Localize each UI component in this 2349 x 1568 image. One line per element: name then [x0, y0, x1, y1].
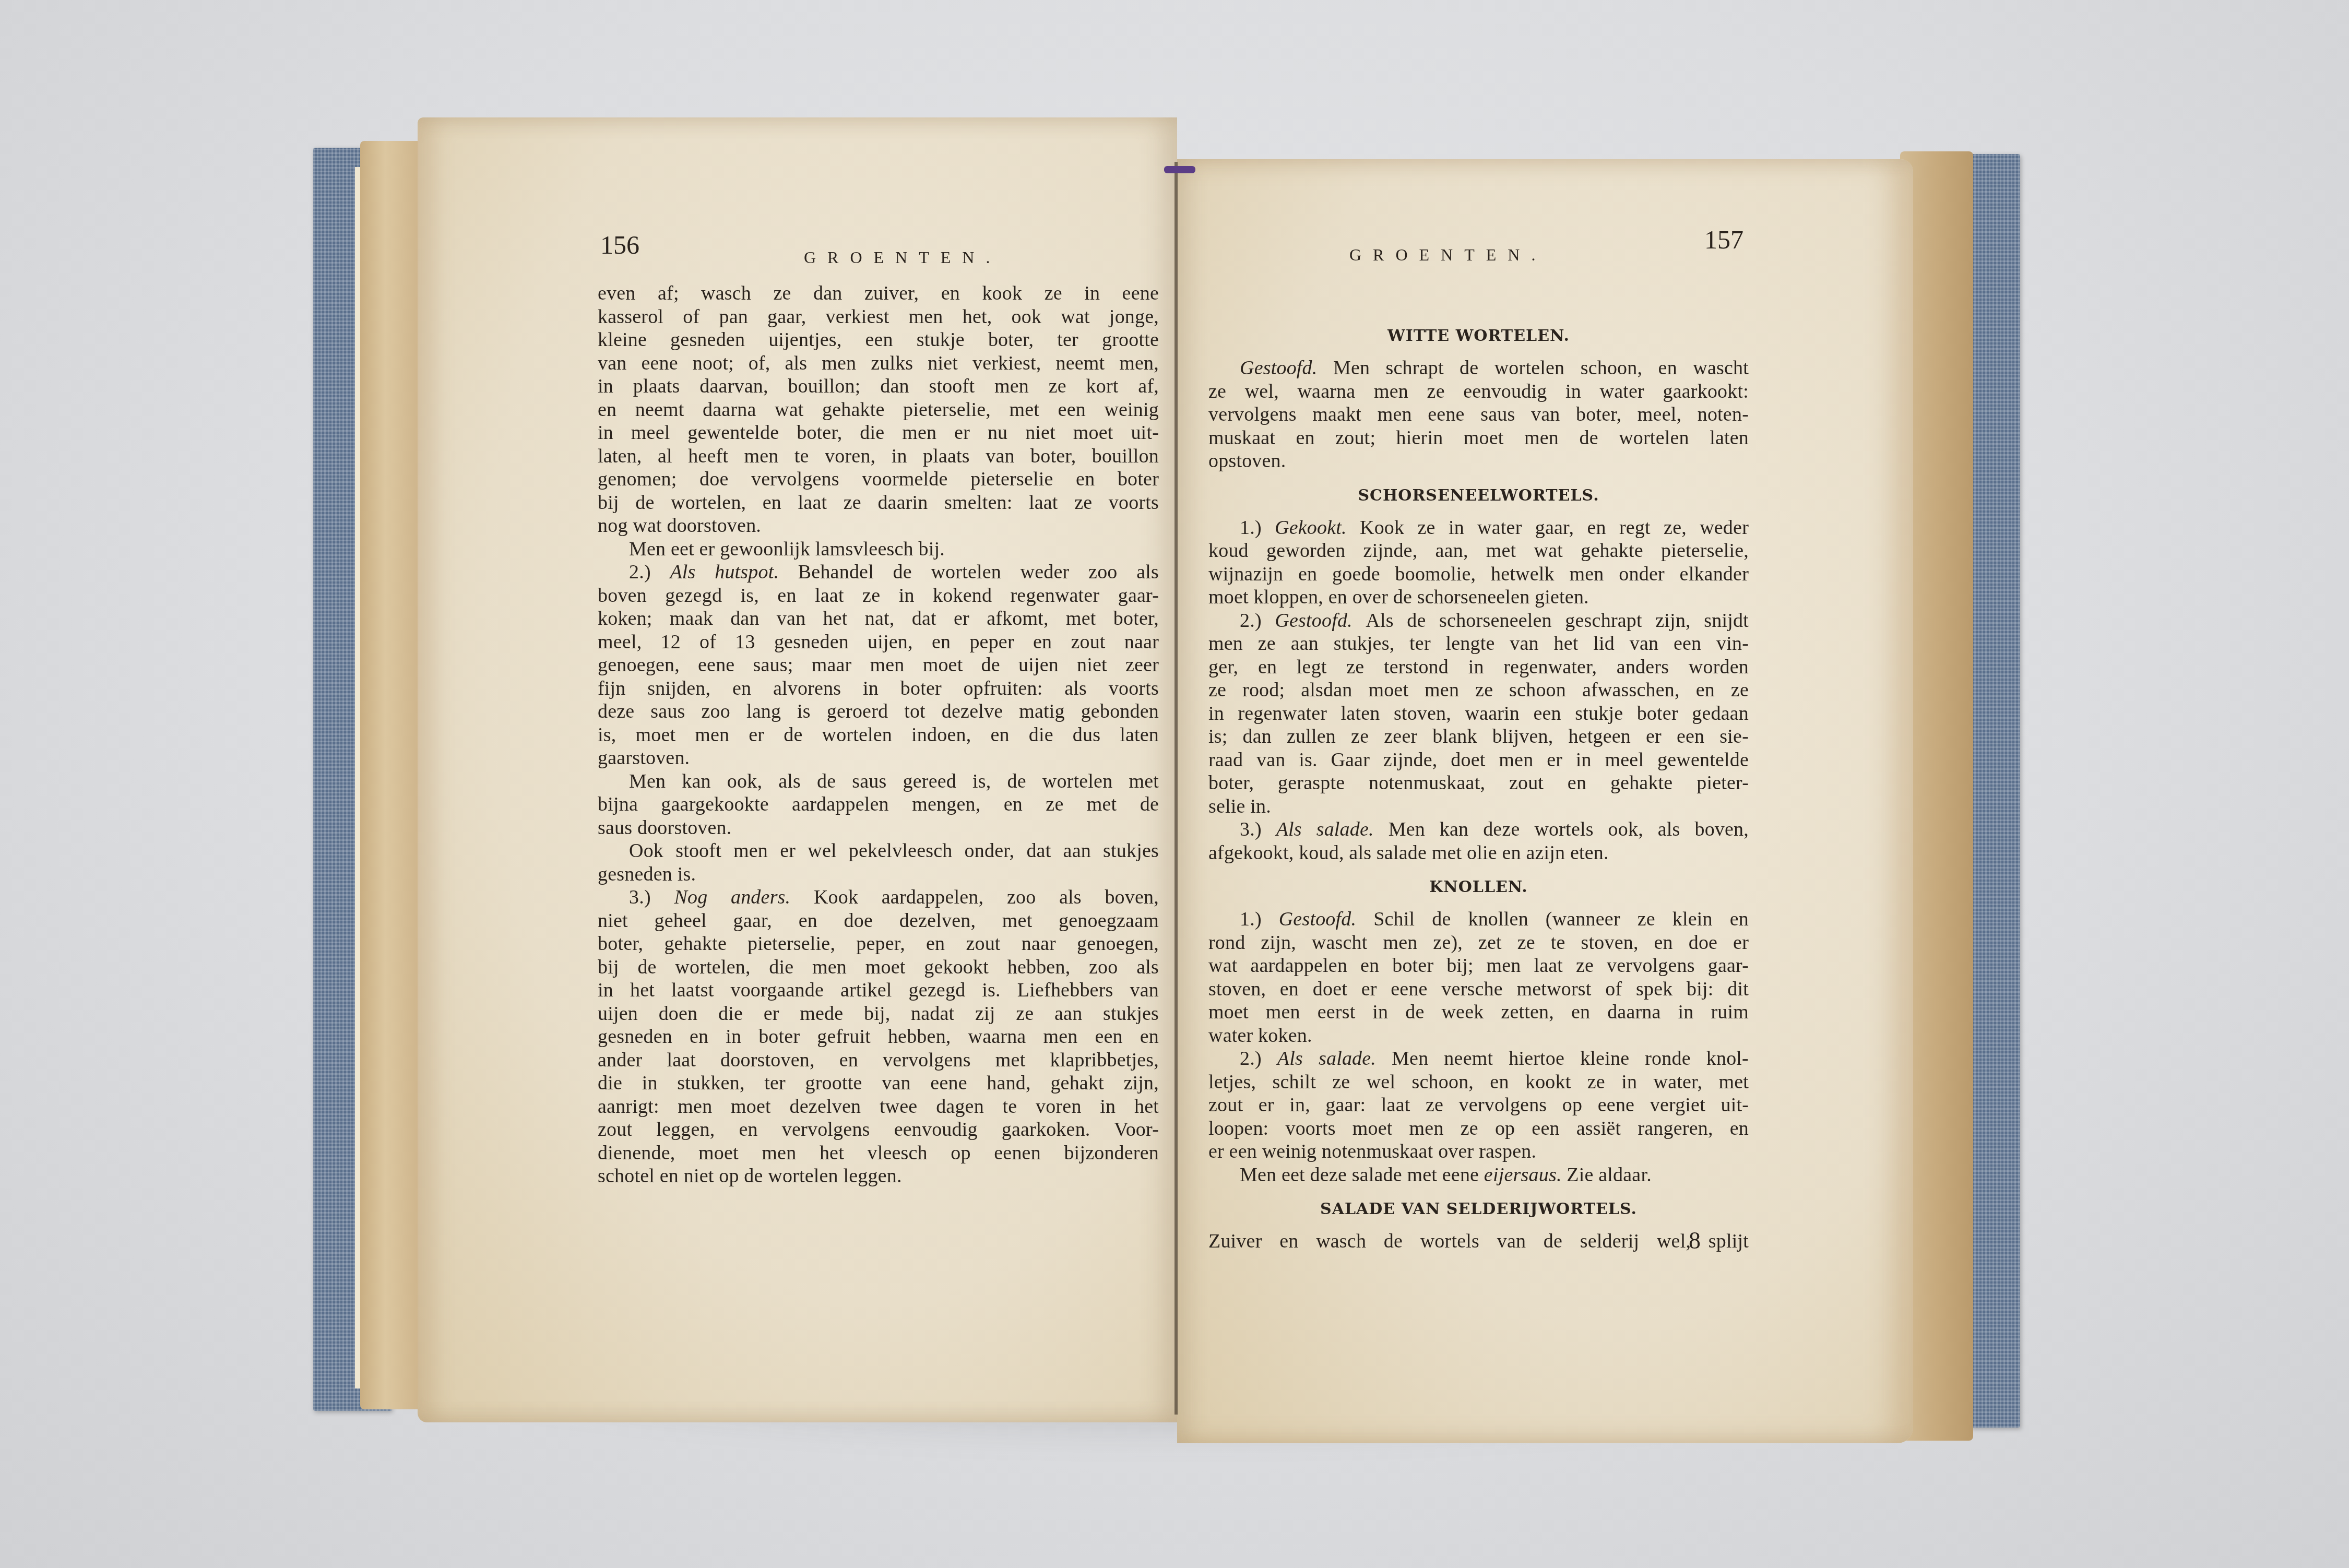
left-running-head: GROENTEN. [804, 248, 1001, 267]
text-line: muskaat en zout; hierin moet men de wort… [1208, 426, 1749, 450]
line-text: Behandel de wortelen weder zoo als [798, 561, 1159, 583]
text-line: ze wel, waarna men ze eenvoudig in water… [1208, 380, 1749, 403]
line-text: Men eet deze salade met eene [1240, 1164, 1479, 1186]
text-line: wat aardappelen en boter bij; men laat z… [1208, 954, 1749, 978]
text-line: meel, 12 of 13 gesneden uijen, en peper … [598, 631, 1159, 654]
text-line: afgekookt, koud, als salade met olie en … [1208, 841, 1749, 865]
line-text: vervolgens maakt men eene saus van boter… [1208, 403, 1749, 425]
line-text: ander laat doorstoven, en vervolgens met… [598, 1049, 1159, 1071]
line-text: Schil de knollen (wanneer ze klein en [1373, 908, 1749, 930]
text-line: 3.) Als salade. Men kan deze wortels ook… [1208, 818, 1749, 841]
text-line: laten, al heeft men te voren, in plaats … [598, 445, 1159, 468]
line-tail: Zie aldaar. [1567, 1164, 1652, 1186]
line-text: er een weinig notenmuskaat over raspen. [1208, 1141, 1536, 1162]
line-text: nog wat doorstoven. [598, 515, 761, 537]
text-line: ger, en legt ze terstond in regenwater, … [1208, 656, 1749, 679]
line-text: water koken. [1208, 1025, 1312, 1047]
left-page-text: even af; wasch ze dan zuiver, en kook ze… [598, 282, 1159, 1188]
text-line: selie in. [1208, 795, 1749, 818]
line-text: is; dan zullen ze zeer blank blijven, he… [1208, 726, 1749, 747]
text-line: dienende, moet men het vleesch op eenen … [598, 1142, 1159, 1165]
text-line: moet men eerst in de week zetten, en daa… [1208, 1001, 1749, 1024]
text-line: aanrigt: men moet dezelven twee dagen te… [598, 1095, 1159, 1119]
line-text: gesneden is. [598, 863, 696, 885]
text-line: 3.) Nog anders. Kook aardappelen, zoo al… [598, 886, 1159, 909]
text-line: gesneden is. [598, 863, 1159, 886]
line-text: letjes, schilt ze wel schoon, en kookt z… [1208, 1071, 1749, 1093]
text-line: boven gezegd is, en laat ze in kokend re… [598, 584, 1159, 608]
text-line: koud geworden zijnde, aan, met wat gehak… [1208, 539, 1749, 563]
text-line: Men kan ook, als de saus gereed is, de w… [598, 770, 1159, 793]
line-text: in meel gewentelde boter, die men er nu … [598, 422, 1159, 444]
text-line: moet kloppen, en over de schorseneelen g… [1208, 586, 1749, 609]
text-line: boter, gehakte pieterselie, peper, en zo… [598, 932, 1159, 956]
section-heading: SCHORSENEELWORTELS. [1208, 486, 1749, 505]
line-text: Zuiver en wasch de wortels van de selder… [1208, 1230, 1749, 1252]
text-line: 2.) Als hutspot. Behandel de wortelen we… [598, 561, 1159, 584]
text-line: ander laat doorstoven, en vervolgens met… [598, 1049, 1159, 1072]
section-heading: WITTE WORTELEN. [1208, 327, 1749, 345]
line-text: zout er in, gaar: laat ze vervolgens op … [1208, 1094, 1749, 1116]
text-line: stoven, en doet er eene versche metworst… [1208, 978, 1749, 1001]
line-text: laten, al heeft men te voren, in plaats … [598, 445, 1159, 467]
recipe-variant: Gekookt. [1275, 517, 1360, 539]
text-line: fijn snijden, en alvorens in boter opfru… [598, 677, 1159, 700]
text-line: is, moet men er de wortelen indoen, en d… [598, 723, 1159, 747]
text-line: gaarstoven. [598, 746, 1159, 770]
text-line: en neemt daarna wat gehakte pieterselie,… [598, 398, 1159, 422]
line-text: bij de wortelen, en laat ze daarin smelt… [598, 492, 1159, 514]
text-line: water koken. [1208, 1024, 1749, 1048]
line-text: niet geheel gaar, en doe dezelven, met g… [598, 910, 1159, 932]
right-running-head: GROENTEN. [1349, 245, 1547, 265]
line-text: dienende, moet men het vleesch op eenen … [598, 1142, 1159, 1164]
line-text: Als de schorseneelen geschrapt zijn, sni… [1366, 610, 1749, 632]
text-line: uijen doen die er mede bij, nadat zij ze… [598, 1002, 1159, 1026]
text-line: er een weinig notenmuskaat over raspen. [1208, 1140, 1749, 1163]
right-page-number: 157 [1704, 224, 1743, 255]
text-line: raad van is. Gaar zijnde, doet men er in… [1208, 749, 1749, 772]
line-text: ze wel, waarna men ze eenvoudig in water… [1208, 381, 1749, 402]
text-line: 1.) Gekookt. Kook ze in water gaar, en r… [1208, 516, 1749, 540]
recipe-variant: Gestoofd. [1275, 610, 1366, 632]
line-text: gesneden en in boter gefruit hebben, waa… [598, 1026, 1159, 1048]
line-text: genomen; doe vervolgens voormelde pieter… [598, 468, 1159, 490]
text-line: in plaats daarvan, bouillon; dan stooft … [598, 375, 1159, 398]
line-text: even af; wasch ze dan zuiver, en kook ze… [598, 282, 1159, 304]
line-text: kasserol of pan gaar, verkiest men het, … [598, 306, 1159, 328]
text-line: in het laatst voorgaande artikel gezegd … [598, 979, 1159, 1002]
line-text: genoegen, eene saus; maar men moet de ui… [598, 654, 1159, 676]
line-text: kleine gesneden uijentjes, een stukje bo… [598, 329, 1159, 351]
line-text: koud geworden zijnde, aan, met wat gehak… [1208, 540, 1749, 562]
text-line: kasserol of pan gaar, verkiest men het, … [598, 305, 1159, 329]
text-line: loopen: voorts moet men ze op een assiët… [1208, 1117, 1749, 1141]
line-text: boven gezegd is, en laat ze in kokend re… [598, 585, 1159, 607]
line-text: aanrigt: men moet dezelven twee dagen te… [598, 1096, 1159, 1118]
text-line: is; dan zullen ze zeer blank blijven, he… [1208, 725, 1749, 749]
text-line: opstoven. [1208, 449, 1749, 473]
text-line: deze saus zoo lang is geroerd tot dezelv… [598, 700, 1159, 723]
text-line: schotel en niet op de wortelen leggen. [598, 1165, 1159, 1188]
book-gutter [1174, 162, 1178, 1415]
line-text: Men neemt hiertoe kleine ronde knol- [1392, 1048, 1749, 1070]
line-text: deze saus zoo lang is geroerd tot dezelv… [598, 700, 1159, 722]
line-text: muskaat en zout; hierin moet men de wort… [1208, 427, 1749, 449]
recipe-variant: Nog anders. [674, 886, 814, 908]
line-text: selie in. [1208, 795, 1271, 817]
line-text: opstoven. [1208, 450, 1286, 472]
text-line: even af; wasch ze dan zuiver, en kook ze… [598, 282, 1159, 305]
line-text: uijen doen die er mede bij, nadat zij ze… [598, 1003, 1159, 1025]
text-line: 2.) Als salade. Men neemt hiertoe kleine… [1208, 1047, 1749, 1071]
line-text: Men eet er gewoonlijk lamsvleesch bij. [629, 538, 945, 560]
text-line: vervolgens maakt men eene saus van boter… [1208, 403, 1749, 426]
line-text: men ze aan stukjes, ter lengte van het l… [1208, 633, 1749, 655]
text-line: genoegen, eene saus; maar men moet de ui… [598, 654, 1159, 677]
text-line: bij de wortelen, die men moet gekookt he… [598, 956, 1159, 979]
line-text: is, moet men er de wortelen indoen, en d… [598, 724, 1159, 746]
line-text: meel, 12 of 13 gesneden uijen, en peper … [598, 631, 1159, 653]
recipe-variant: Gestoofd. [1279, 908, 1373, 930]
text-line: men ze aan stukjes, ter lengte van het l… [1208, 632, 1749, 656]
line-text: wijnazijn en goede boomolie, hetwelk men… [1208, 563, 1749, 585]
line-text: gaarstoven. [598, 747, 690, 769]
recipe-variant: Als salade. [1277, 1048, 1392, 1070]
text-line: Men eet er gewoonlijk lamsvleesch bij. [598, 538, 1159, 561]
text-line: boter, geraspte notenmuskaat, zout en ge… [1208, 771, 1749, 795]
line-text: bij de wortelen, die men moet gekookt he… [598, 956, 1159, 978]
line-text: wat aardappelen en boter bij; men laat z… [1208, 955, 1749, 977]
text-line: wijnazijn en goede boomolie, hetwelk men… [1208, 563, 1749, 586]
text-line: Ook stooft men er wel pekelvleesch onder… [598, 839, 1159, 863]
left-page-number: 156 [600, 230, 639, 260]
line-text: boter, geraspte notenmuskaat, zout en ge… [1208, 772, 1749, 794]
line-text: Kook ze in water gaar, en regt ze, weder [1360, 517, 1749, 539]
line-text: Kook aardappelen, zoo als boven, [814, 886, 1159, 908]
text-line: niet geheel gaar, en doe dezelven, met g… [598, 909, 1159, 933]
text-line: Zuiver en wasch de wortels van de selder… [1208, 1230, 1749, 1253]
text-line: gesneden en in boter gefruit hebben, waa… [598, 1025, 1159, 1049]
text-line: koken; maak dan van het nat, dat er afko… [598, 607, 1159, 631]
text-line: zout leggen, en vervolgens eenvoudig gaa… [598, 1118, 1159, 1142]
line-text: loopen: voorts moet men ze op een assiët… [1208, 1118, 1749, 1139]
section-heading: KNOLLEN. [1208, 878, 1749, 896]
line-text: stoven, en doet er eene versche metworst… [1208, 978, 1749, 1000]
line-text: fijn snijden, en alvorens in boter opfru… [598, 678, 1159, 699]
text-line: zout er in, gaar: laat ze vervolgens op … [1208, 1094, 1749, 1117]
line-text: moet men eerst in de week zetten, en daa… [1208, 1001, 1749, 1023]
text-line: van eene noot; of, als men zulks niet ve… [598, 352, 1159, 375]
text-line: 1.) Gestoofd. Schil de knollen (wanneer … [1208, 908, 1749, 931]
item-number: 2.) [1240, 610, 1275, 632]
line-text: in regenwater laten stoven, waarin een s… [1208, 703, 1749, 724]
line-text: Men schrapt de wortelen schoon, en wasch… [1333, 357, 1749, 379]
text-line: ze rood; alsdan moet men ze schoon afwas… [1208, 679, 1749, 702]
item-number: 1.) [1240, 908, 1279, 930]
item-number: 3.) [629, 886, 674, 908]
recipe-variant: Als salade. [1276, 818, 1389, 840]
item-number: 2.) [629, 561, 670, 583]
line-text: rond zijn, wascht men ze), zet ze te sto… [1208, 932, 1749, 954]
page-block-left [360, 141, 423, 1409]
line-text: en neemt daarna wat gehakte pieterselie,… [598, 399, 1159, 421]
line-text: ze rood; alsdan moet men ze schoon afwas… [1208, 679, 1749, 701]
line-text: koken; maak dan van het nat, dat er afko… [598, 608, 1159, 629]
line-text: boter, gehakte pieterselie, peper, en zo… [598, 933, 1159, 955]
book-cover-right [1971, 154, 2020, 1428]
text-line: rond zijn, wascht men ze), zet ze te sto… [1208, 931, 1749, 955]
item-number: 3.) [1240, 818, 1276, 840]
text-line: kleine gesneden uijentjes, een stukje bo… [598, 328, 1159, 352]
line-text: raad van is. Gaar zijnde, doet men er in… [1208, 749, 1749, 771]
line-text: bijna gaargekookte aardappelen mengen, e… [598, 793, 1159, 815]
text-line: die in stukken, ter grootte van eene han… [598, 1072, 1159, 1095]
line-text: ger, en legt ze terstond in regenwater, … [1208, 656, 1749, 678]
text-line: nog wat doorstoven. [598, 514, 1159, 538]
line-text: die in stukken, ter grootte van eene han… [598, 1072, 1159, 1094]
text-line: 2.) Gestoofd. Als de schorseneelen gesch… [1208, 609, 1749, 633]
line-text: in plaats daarvan, bouillon; dan stooft … [598, 375, 1159, 397]
text-line: in meel gewentelde boter, die men er nu … [598, 421, 1159, 445]
text-line: bijna gaargekookte aardappelen mengen, e… [598, 793, 1159, 816]
section-heading: SALADE VAN SELDERIJWORTELS. [1208, 1200, 1749, 1218]
line-text: zout leggen, en vervolgens eenvoudig gaa… [598, 1119, 1159, 1141]
cross-reference: eijersaus. [1479, 1164, 1567, 1186]
recipe-variant: Als hutspot. [670, 561, 798, 583]
line-text: Men kan deze wortels ook, als boven, [1389, 818, 1749, 840]
recipe-variant: Gestoofd. [1240, 357, 1333, 379]
item-number: 1.) [1240, 517, 1275, 539]
text-line: saus doorstoven. [598, 816, 1159, 840]
text-line: in regenwater laten stoven, waarin een s… [1208, 702, 1749, 726]
text-line: letjes, schilt ze wel schoon, en kookt z… [1208, 1071, 1749, 1094]
right-page-text: WITTE WORTELEN.Gestoofd. Men schrapt de … [1208, 313, 1749, 1253]
text-line: Men eet deze salade met eene eijersaus. … [1208, 1163, 1749, 1187]
line-text: schotel en niet op de wortelen leggen. [598, 1165, 902, 1187]
line-text: moet kloppen, en over de schorseneelen g… [1208, 586, 1589, 608]
text-line: bij de wortelen, en laat ze daarin smelt… [598, 491, 1159, 515]
item-number: 2.) [1240, 1048, 1277, 1070]
headband [1164, 166, 1195, 173]
line-text: saus doorstoven. [598, 817, 732, 839]
line-text: afgekookt, koud, als salade met olie en … [1208, 842, 1609, 864]
text-line: genomen; doe vervolgens voormelde pieter… [598, 468, 1159, 491]
signature-mark: 8 [1689, 1227, 1701, 1254]
line-text: van eene noot; of, als men zulks niet ve… [598, 352, 1159, 374]
text-line: Gestoofd. Men schrapt de wortelen schoon… [1208, 357, 1749, 380]
line-text: in het laatst voorgaande artikel gezegd … [598, 979, 1159, 1001]
line-text: Ook stooft men er wel pekelvleesch onder… [629, 840, 1159, 862]
line-text: Men kan ook, als de saus gereed is, de w… [629, 770, 1159, 792]
